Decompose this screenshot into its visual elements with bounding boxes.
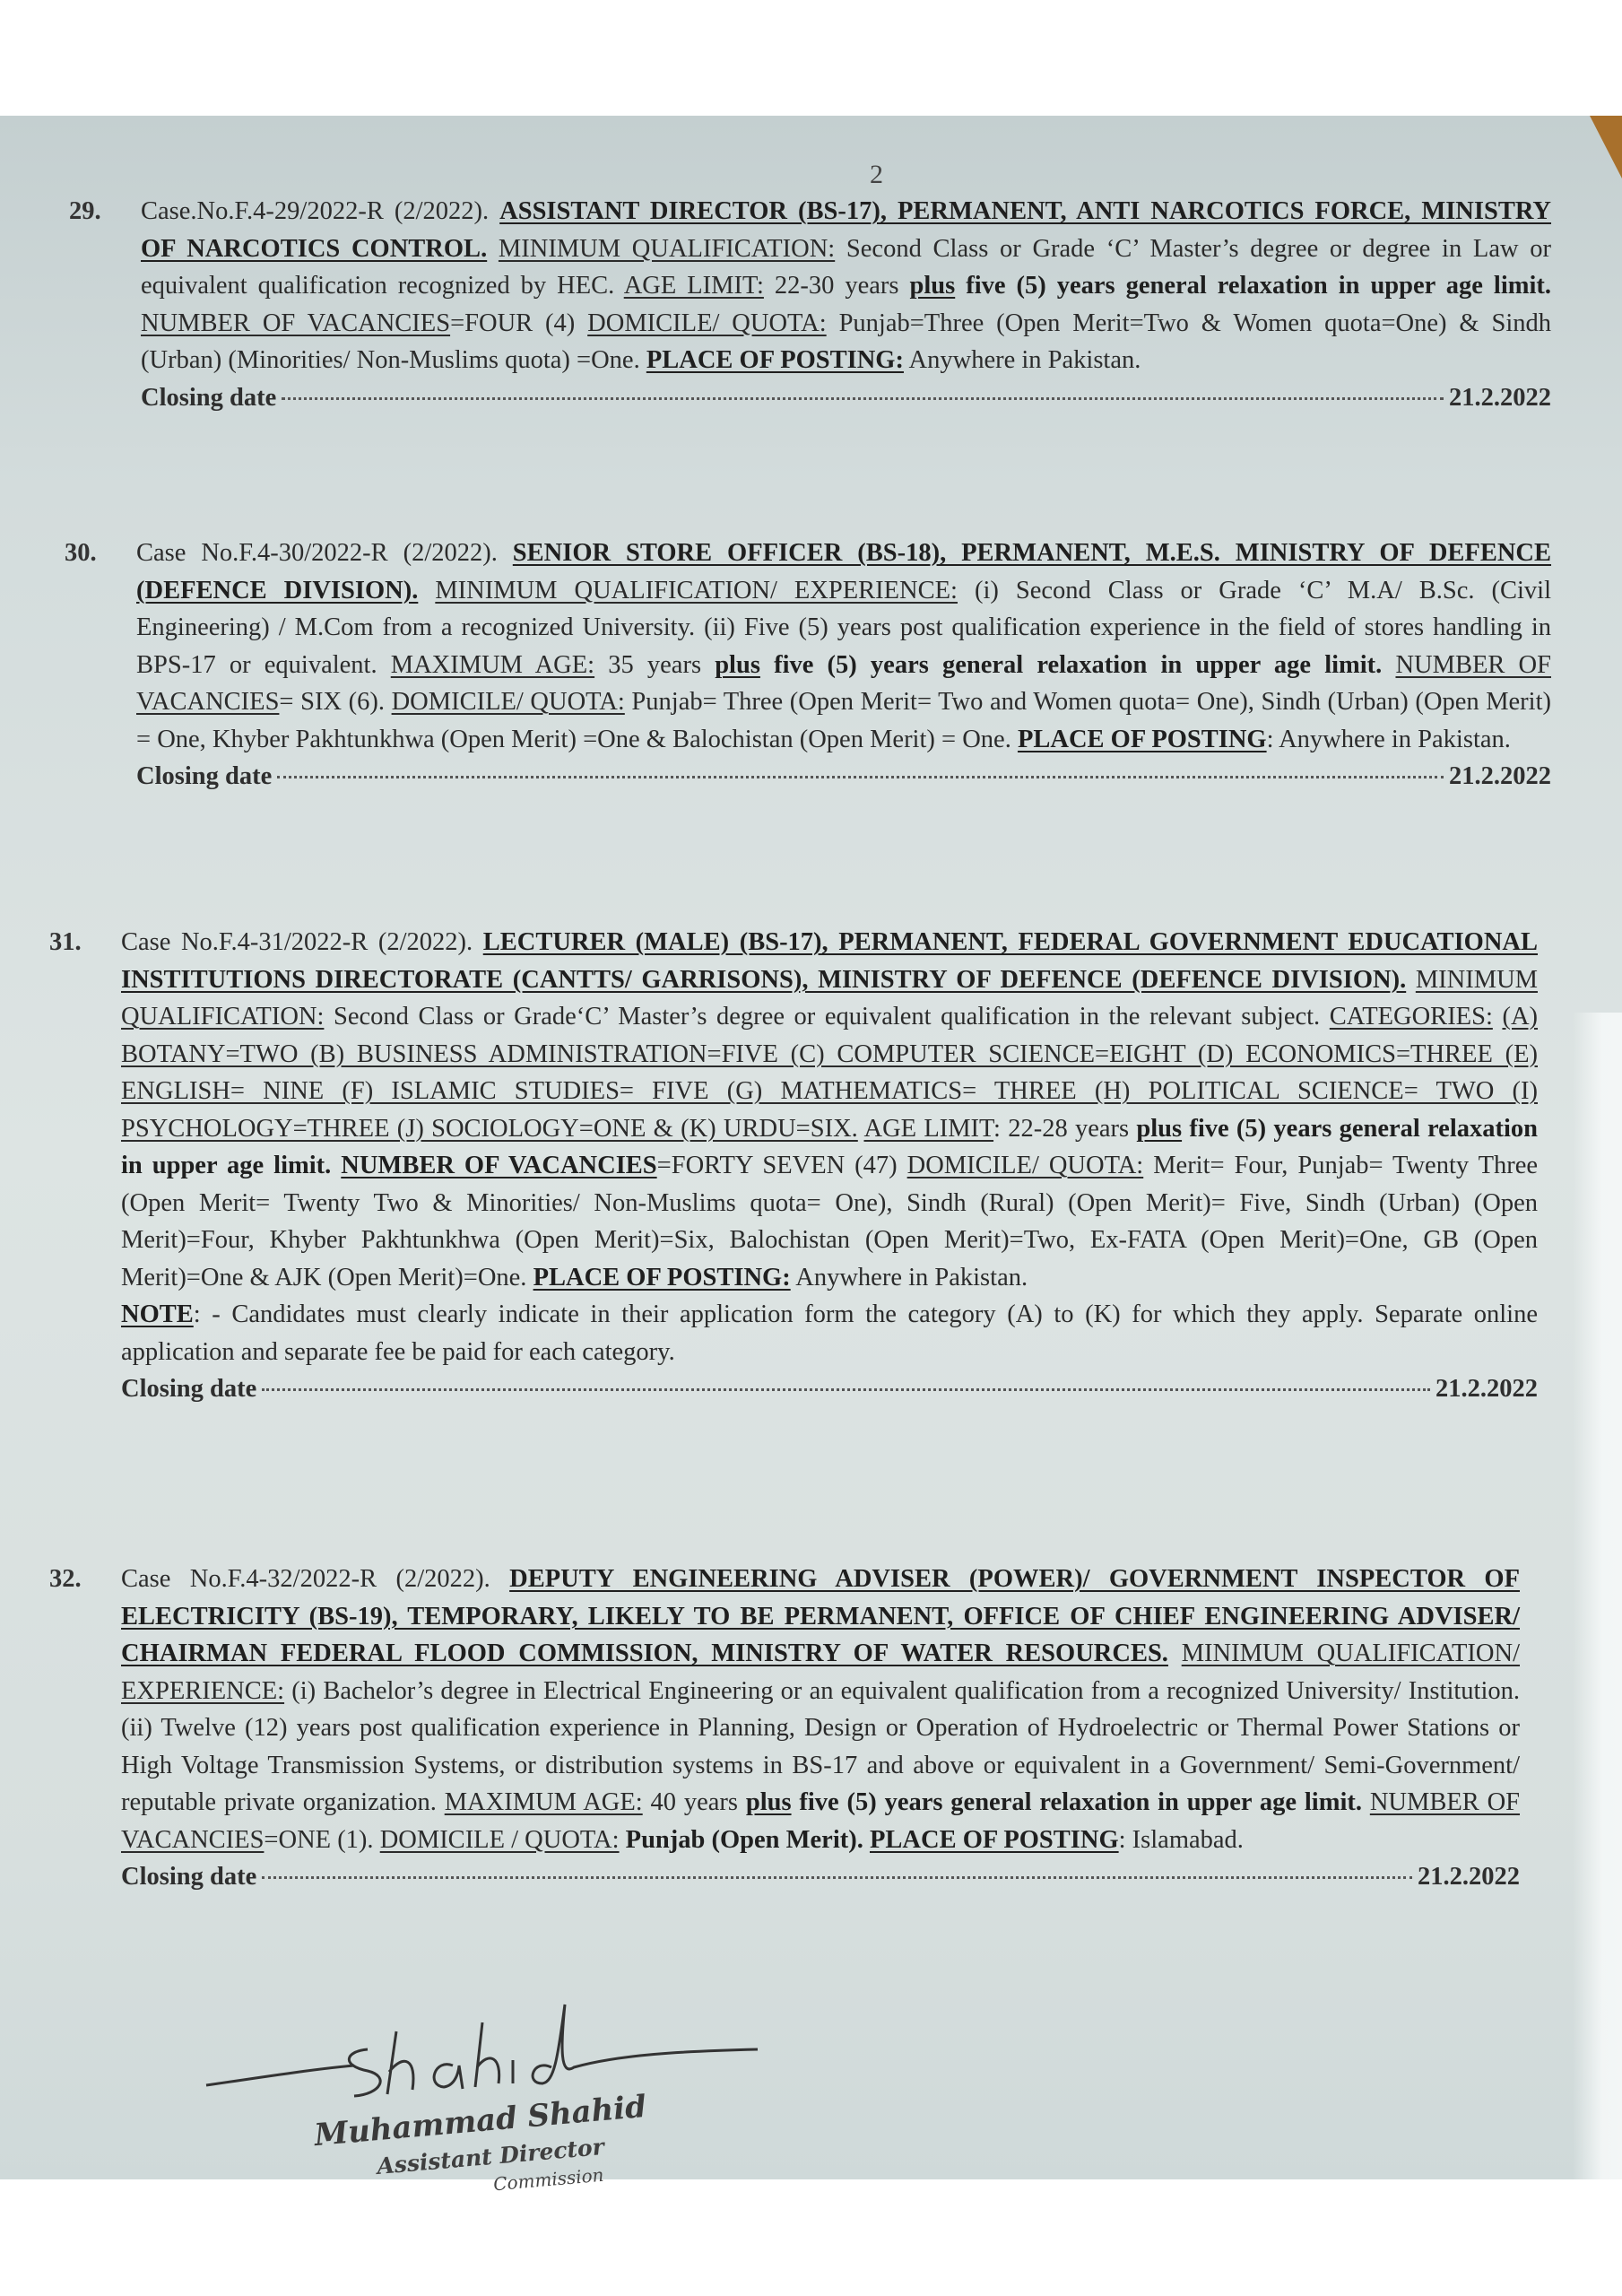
handwritten-signature-icon [197, 1996, 771, 2112]
posting-label: PLACE OF POSTING: [646, 346, 904, 374]
age-label: AGE LIMIT: [624, 272, 764, 300]
categories-label: CATEGORIES: [1330, 1003, 1493, 1031]
posting-label: PLACE OF POSTING: [533, 1264, 791, 1291]
note-label: NOTE [121, 1300, 194, 1328]
paper-edge [1573, 1013, 1622, 2179]
posting-label: PLACE OF POSTING [870, 1826, 1119, 1854]
domicile-label: DOMICILE / QUOTA: [380, 1826, 620, 1854]
qualification-label: MINIMUM QUALIFICATION/ EXPERIENCE: [435, 577, 958, 604]
domicile-label: DOMICILE/ QUOTA: [392, 688, 625, 716]
closing-label: Closing date [136, 758, 272, 796]
closing-date-row: Closing date 21.2.2022 [121, 1858, 1520, 1896]
vacancy-entry-29: 29. Case.No.F.4-29/2022-R (2/2022). ASSI… [141, 193, 1551, 416]
vacancies-label: NUMBER OF VACANCIES [141, 309, 450, 337]
stamp-organization: Commission [492, 2164, 604, 2196]
vacancy-entry-30: 30. Case No.F.4-30/2022-R (2/2022). SENI… [136, 535, 1551, 796]
closing-date: 21.2.2022 [1418, 1858, 1520, 1896]
closing-label: Closing date [121, 1858, 256, 1896]
vacancy-entry-32: 32. Case No.F.4-32/2022-R (2/2022). DEPU… [121, 1561, 1520, 1896]
case-number: Case.No.F.4-29/2022-R (2/2022). [141, 197, 489, 225]
posting-text: Anywhere in Pakistan. [795, 1264, 1028, 1291]
closing-date: 21.2.2022 [1449, 758, 1551, 796]
page-number: 2 [870, 160, 883, 190]
closing-date-row: Closing date 21.2.2022 [141, 379, 1551, 417]
posting-label: PLACE OF POSTING [1018, 726, 1267, 753]
signature-block: Muhammad Shahid Assistant Director Commi… [197, 1996, 771, 2179]
age-label: AGE LIMIT [863, 1115, 993, 1143]
age-text: 22-30 years [775, 272, 899, 300]
relaxation-text: five (5) years general relaxation in upp… [966, 272, 1551, 300]
closing-label: Closing date [121, 1370, 256, 1408]
posting-text: : Anywhere in Pakistan. [1267, 726, 1511, 753]
vacancies-text: =ONE (1). [264, 1826, 373, 1854]
entry-number: 31. [49, 924, 82, 961]
closing-date-row: Closing date 21.2.2022 [136, 758, 1551, 796]
vacancy-entry-31: 31. Case No.F.4-31/2022-R (2/2022). LECT… [121, 924, 1538, 1408]
entry-number: 29. [69, 193, 101, 230]
age-text: 40 years [651, 1788, 738, 1816]
domicile-label: DOMICILE/ QUOTA: [907, 1152, 1144, 1179]
qualification-label: MINIMUM QUALIFICATION: [499, 235, 835, 263]
age-label: MAXIMUM AGE: [391, 651, 594, 679]
entry-number: 30. [65, 535, 97, 572]
plus-text: plus [715, 651, 760, 679]
closing-date: 21.2.2022 [1436, 1370, 1538, 1408]
case-number: Case No.F.4-30/2022-R (2/2022). [136, 539, 498, 567]
domicile-label: DOMICILE/ QUOTA: [587, 309, 827, 337]
age-text: 35 years [608, 651, 701, 679]
leader-dots [277, 776, 1444, 778]
note-text: : - Candidates must clearly indicate in … [121, 1300, 1538, 1366]
closing-label: Closing date [141, 379, 276, 417]
leader-dots [262, 1876, 1412, 1879]
relaxation-text: five (5) years general relaxation in upp… [799, 1788, 1362, 1816]
age-text: : 22-28 years [993, 1115, 1129, 1143]
leader-dots [262, 1388, 1430, 1391]
posting-text: Anywhere in Pakistan. [909, 346, 1141, 374]
qualification-text: Second Class or Grade‘C’ Master’s degree… [334, 1003, 1320, 1031]
closing-date-row: Closing date 21.2.2022 [121, 1370, 1538, 1408]
case-number: Case No.F.4-31/2022-R (2/2022). [121, 928, 473, 956]
entry-number: 32. [49, 1561, 82, 1598]
vacancies-label: NUMBER OF VACANCIES [341, 1152, 656, 1179]
leader-dots [282, 397, 1444, 400]
vacancies-text: =FOUR (4) [450, 309, 575, 337]
closing-date: 21.2.2022 [1449, 379, 1551, 417]
posting-text: : Islamabad. [1119, 1826, 1244, 1854]
case-number: Case No.F.4-32/2022-R (2/2022). [121, 1565, 490, 1593]
vacancies-text: = SIX (6). [279, 688, 385, 716]
desk-corner [1590, 116, 1622, 178]
vacancies-text: =FORTY SEVEN (47) [657, 1152, 898, 1179]
domicile-text: Punjab (Open Merit). [626, 1826, 863, 1854]
relaxation-text: five (5) years general relaxation in upp… [774, 651, 1382, 679]
plus-text: plus [746, 1788, 792, 1816]
plus-text: plus [910, 272, 956, 300]
plus-text: plus [1136, 1115, 1182, 1143]
age-label: MAXIMUM AGE: [445, 1788, 643, 1816]
